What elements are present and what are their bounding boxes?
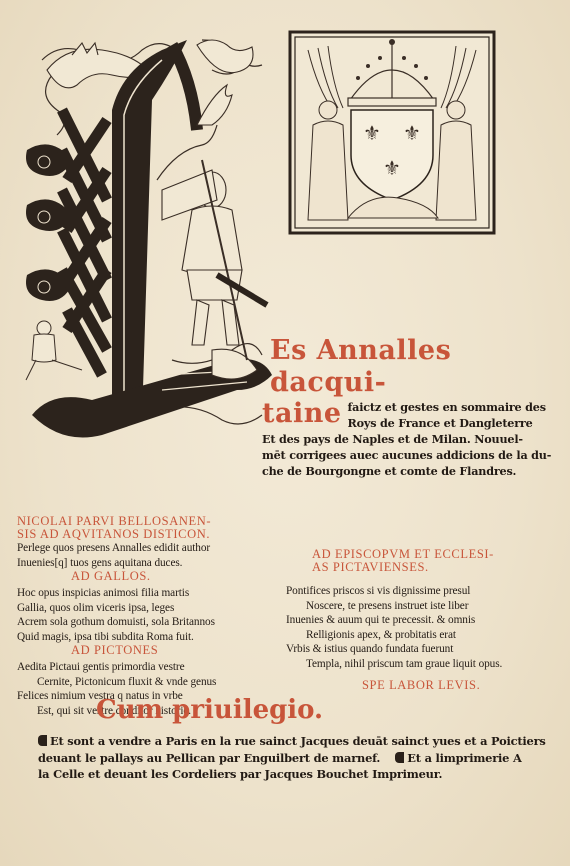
verse-line: Quid magis, ipsa tibi subdita Roma fuit. [17, 630, 282, 645]
heading-distichon-2: SIS AD AQVITANOS DISTICON. [17, 528, 282, 541]
left-column: NICOLAI PARVI BELLOSANEN- SIS AD AQVITAN… [17, 515, 282, 718]
colophon: Et sont a vendre a Paris en la rue sainc… [38, 733, 508, 783]
verse-line: Gallia, quos olim viceris ipsa, leges [17, 601, 282, 616]
title-line-2-red: taine [262, 399, 342, 429]
heading-ad-pictones: AD PICTONES [17, 644, 282, 657]
svg-text:⚜: ⚜ [383, 156, 401, 180]
title-line-3: Roys de France et Dangleterre [348, 415, 546, 431]
book-page: ⚜ ⚜ ⚜ Es Annalles dacqui- taine faictz e… [0, 0, 570, 866]
verse-line: Templa, nihil priscum tam graue liquit o… [286, 657, 536, 672]
colophon-line-1: Et sont a vendre a Paris en la rue sainc… [50, 734, 546, 748]
title-line-5: mēt corrigees auec aucunes addicions de … [262, 447, 552, 463]
verse-line: Inuenies[q] tuos gens aquitana duces. [17, 556, 282, 571]
verse-line: Vrbis & istius quando fundata fuerunt [286, 642, 536, 657]
verse-line: Pontifices priscos si vis dignissime pre… [286, 584, 536, 599]
right-column: AD EPISCOPVM ET ECCLESI- AS PICTAVIENSES… [286, 548, 536, 692]
heading-ad-gallos: AD GALLOS. [17, 570, 282, 583]
verse-line: Perlege quos presens Annalles edidit aut… [17, 541, 282, 556]
verse-line: Aedita Pictaui gentis primordia vestre [17, 660, 282, 675]
title-line-4: Et des pays de Naples et de Milan. Nouue… [262, 431, 552, 447]
svg-text:⚜: ⚜ [403, 121, 421, 145]
colophon-line-2a: deuant le pallays au Pellican par Enguil… [38, 751, 380, 765]
decorated-initial-L-icon [12, 30, 280, 450]
pilcrow-icon [38, 735, 47, 746]
title-block: Es Annalles dacqui- taine faictz et gest… [262, 335, 552, 479]
motto: SPE LABOR LEVIS. [286, 679, 536, 692]
pilcrow-icon [395, 752, 404, 763]
heading-episcopum-2: AS PICTAVIENSES. [286, 561, 536, 574]
privilegio-heading: Cum priuilegio. [96, 695, 323, 725]
verse-line: Acrem sola gothum domuisti, sola Britann… [17, 615, 282, 630]
verse-line: Hoc opus inspicias animosi filia martis [17, 586, 282, 601]
verse-line: Noscere, te presens instruet iste liber [286, 599, 536, 614]
title-line-1: Es Annalles dacqui- [270, 335, 552, 399]
verse-line: Relligionis apex, & probitatis erat [286, 628, 536, 643]
royal-arms-woodcut-icon: ⚜ ⚜ ⚜ [288, 30, 496, 235]
verse-line: Cernite, Pictonicum fluxit & vnde genus [17, 675, 282, 690]
colophon-line-2b: Et a limprimerie A [407, 751, 521, 765]
title-line-6: che de Bourgongne et comte de Flandres. [262, 463, 552, 479]
verse-line: Inuenies & auum qui te precessit. & omni… [286, 613, 536, 628]
title-line-2: faictz et gestes en sommaire des [348, 399, 546, 415]
colophon-line-3: la Celle et deuant les Cordeliers par Ja… [38, 767, 442, 781]
svg-text:⚜: ⚜ [363, 121, 381, 145]
